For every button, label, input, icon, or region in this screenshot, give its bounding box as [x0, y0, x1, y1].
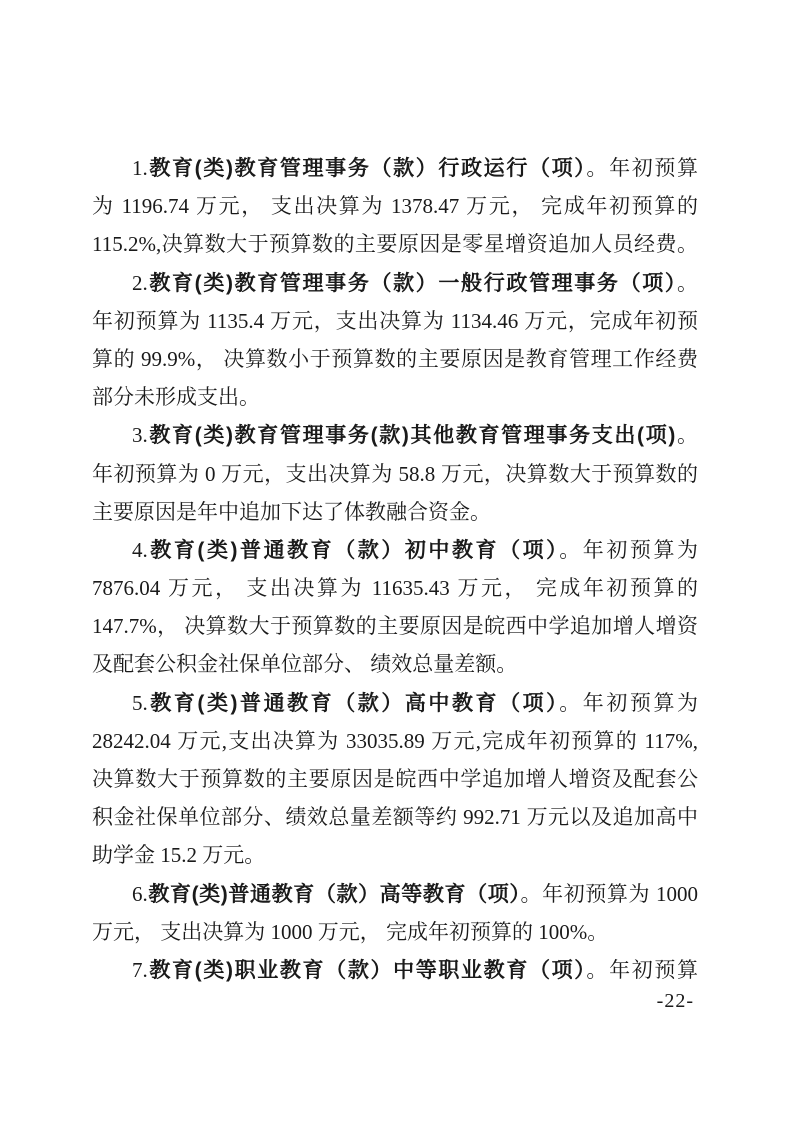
body-text-segment: 部分未形成支出。: [92, 385, 260, 409]
body-text-segment: 2.: [132, 271, 148, 295]
body-text-segment: 6.: [132, 882, 148, 906]
body-text-segment: 7.: [132, 958, 148, 982]
paragraph-7: 7.教育(类)职业教育（款）中等职业教育（项）。年初预算: [92, 951, 698, 989]
text-line: 主要原因是年中追加下达了体教融合资金。: [92, 493, 698, 531]
document-body-text: 1.教育(类)教育管理事务（款）行政运行（项）。年初预算为 1196.74 万元…: [92, 149, 698, 989]
body-text-segment: 算的 99.9%， 决算数小于预算数的主要原因是教育管理工作经费: [92, 347, 698, 371]
body-text-segment: 28242.04 万元,支出决算为 33035.89 万元,完成年初预算的 11…: [92, 729, 698, 753]
heading-segment: 教育(类)普通教育（款）初中教育（项）: [148, 539, 560, 562]
text-line: 7876.04 万元， 支出决算为 11635.43 万元， 完成年初预算的: [92, 569, 698, 607]
body-text-segment: 。年初预算: [586, 958, 698, 982]
text-line: 及配套公积金社保单位部分、 绩效总量差额。: [92, 645, 698, 683]
body-text-segment: 。年初预算为 1000: [520, 882, 698, 906]
body-text-segment: 。年初预算: [586, 156, 698, 180]
paragraph-6: 6.教育(类)普通教育（款）高等教育（项）。年初预算为 1000万元， 支出决算…: [92, 875, 698, 951]
text-line: 万元， 支出决算为 1000 万元， 完成年初预算的 100%。: [92, 913, 698, 951]
body-text-segment: 主要原因是年中追加下达了体教融合资金。: [92, 500, 491, 524]
text-line: 147.7%， 决算数大于预算数的主要原因是皖西中学追加增人增资: [92, 607, 698, 645]
text-line: 115.2%,决算数大于预算数的主要原因是零星增资追加人员经费。: [92, 225, 698, 263]
text-line: 决算数大于预算数的主要原因是皖西中学追加增人增资及配套公: [92, 760, 698, 798]
body-text-segment: 4.: [132, 538, 148, 562]
heading-segment: 教育(类)教育管理事务(款)其他教育管理事务支出(项): [148, 424, 676, 447]
page-footer: -22-: [92, 987, 698, 1015]
text-line: 2.教育(类)教育管理事务（款）一般行政管理事务（项）。: [92, 264, 698, 302]
body-text-segment: 积金社保单位部分、绩效总量差额等约 992.71 万元以及追加高中: [92, 805, 698, 829]
paragraph-1: 1.教育(类)教育管理事务（款）行政运行（项）。年初预算为 1196.74 万元…: [92, 149, 698, 264]
paragraph-4: 4.教育(类)普通教育（款）初中教育（项）。年初预算为7876.04 万元， 支…: [92, 531, 698, 684]
paragraph-2: 2.教育(类)教育管理事务（款）一般行政管理事务（项）。年初预算为 1135.4…: [92, 264, 698, 417]
body-text-segment: 。年初预算为: [559, 538, 698, 562]
text-line: 年初预算为 0 万元，支出决算为 58.8 万元，决算数大于预算数的: [92, 455, 698, 493]
body-text-segment: 年初预算为 0 万元，支出决算为 58.8 万元，决算数大于预算数的: [92, 462, 698, 486]
heading-segment: 教育(类)教育管理事务（款）一般行政管理事务（项）: [148, 272, 677, 295]
body-text-segment: 及配套公积金社保单位部分、 绩效总量差额。: [92, 652, 517, 676]
text-line: 5.教育(类)普通教育（款）高中教育（项）。年初预算为: [92, 684, 698, 722]
body-text-segment: 1.: [132, 156, 148, 180]
body-text-segment: 5.: [132, 691, 148, 715]
text-line: 6.教育(类)普通教育（款）高等教育（项）。年初预算为 1000: [92, 875, 698, 913]
body-text-segment: 7876.04 万元， 支出决算为 11635.43 万元， 完成年初预算的: [92, 576, 698, 600]
body-text-segment: 决算数大于预算数的主要原因是皖西中学追加增人增资及配套公: [92, 767, 698, 791]
body-text-segment: 助学金 15.2 万元。: [92, 843, 265, 867]
body-text-segment: 。: [677, 271, 698, 295]
body-text-segment: 万元， 支出决算为 1000 万元， 完成年初预算的 100%。: [92, 920, 608, 944]
heading-segment: 教育(类)职业教育（款）中等职业教育（项）: [148, 959, 587, 982]
body-text-segment: 。年初预算为: [559, 691, 698, 715]
paragraph-5: 5.教育(类)普通教育（款）高中教育（项）。年初预算为28242.04 万元,支…: [92, 684, 698, 875]
page-number: -22-: [657, 990, 694, 1012]
body-text-segment: 年初预算为 1135.4 万元，支出决算为 1134.46 万元，完成年初预: [92, 309, 698, 333]
text-line: 28242.04 万元,支出决算为 33035.89 万元,完成年初预算的 11…: [92, 722, 698, 760]
body-text-segment: 115.2%,决算数大于预算数的主要原因是零星增资追加人员经费。: [92, 232, 698, 256]
paragraph-3: 3.教育(类)教育管理事务(款)其他教育管理事务支出(项)。年初预算为 0 万元…: [92, 416, 698, 531]
text-line: 3.教育(类)教育管理事务(款)其他教育管理事务支出(项)。: [92, 416, 698, 454]
text-line: 为 1196.74 万元， 支出决算为 1378.47 万元， 完成年初预算的: [92, 187, 698, 225]
heading-segment: 教育(类)普通教育（款）高中教育（项）: [148, 692, 560, 715]
heading-segment: 教育(类)教育管理事务（款）行政运行（项）: [148, 157, 587, 180]
text-line: 助学金 15.2 万元。: [92, 836, 698, 874]
body-text-segment: 为 1196.74 万元， 支出决算为 1378.47 万元， 完成年初预算的: [92, 194, 698, 218]
text-line: 1.教育(类)教育管理事务（款）行政运行（项）。年初预算: [92, 149, 698, 187]
text-line: 算的 99.9%， 决算数小于预算数的主要原因是教育管理工作经费: [92, 340, 698, 378]
text-line: 部分未形成支出。: [92, 378, 698, 416]
text-line: 7.教育(类)职业教育（款）中等职业教育（项）。年初预算: [92, 951, 698, 989]
text-line: 积金社保单位部分、绩效总量差额等约 992.71 万元以及追加高中: [92, 798, 698, 836]
heading-segment: 教育(类)普通教育（款）高等教育（项）: [148, 883, 521, 906]
body-text-segment: 3.: [132, 423, 148, 447]
text-line: 年初预算为 1135.4 万元，支出决算为 1134.46 万元，完成年初预: [92, 302, 698, 340]
body-text-segment: 。: [675, 423, 698, 447]
text-line: 4.教育(类)普通教育（款）初中教育（项）。年初预算为: [92, 531, 698, 569]
body-text-segment: 147.7%， 决算数大于预算数的主要原因是皖西中学追加增人增资: [92, 614, 698, 638]
